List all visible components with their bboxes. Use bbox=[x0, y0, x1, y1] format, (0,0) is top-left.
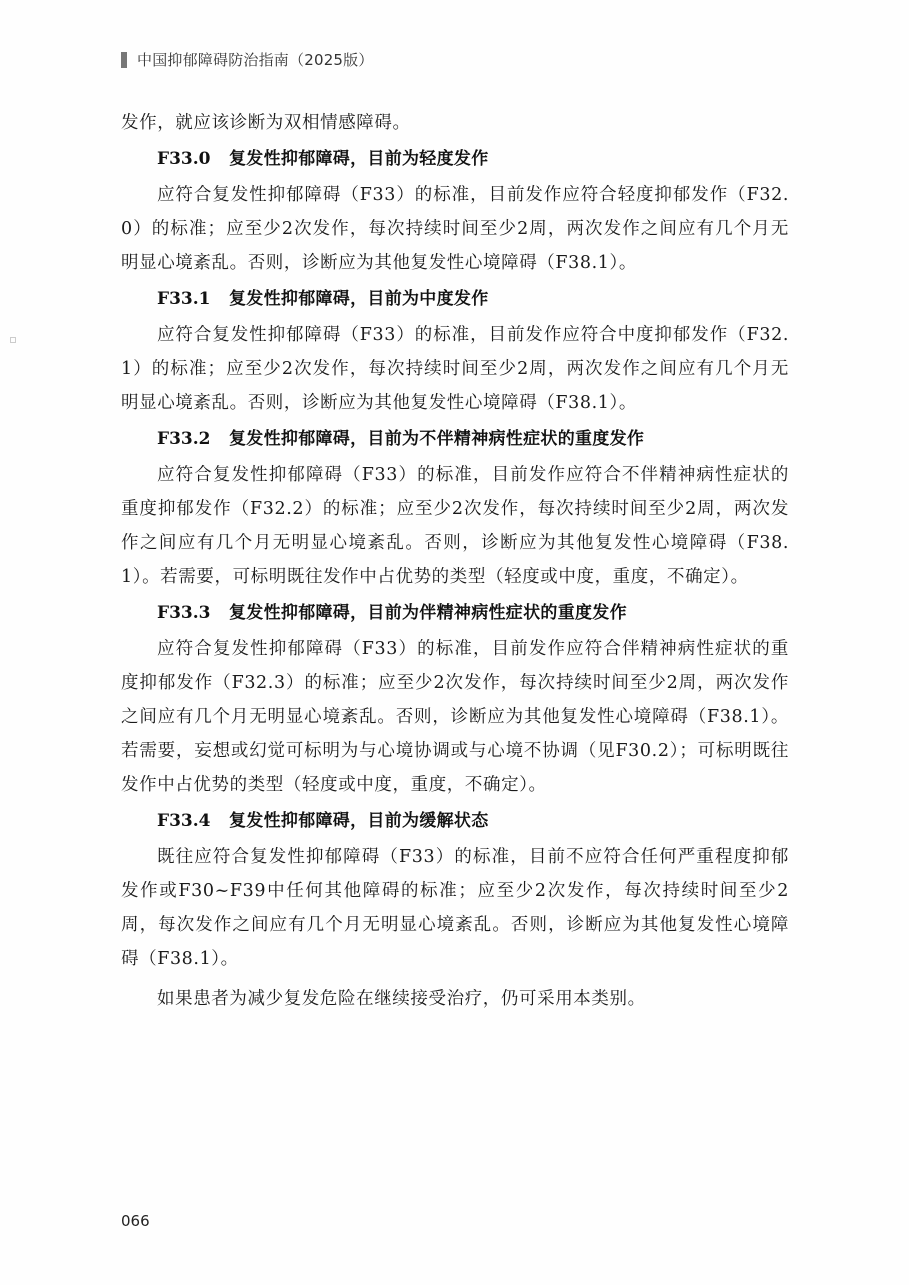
section-code: F33.0 bbox=[157, 140, 229, 178]
section-title: 复发性抑郁障碍，目前为轻度发作 bbox=[229, 140, 489, 178]
header-bar-decoration bbox=[121, 52, 127, 68]
section-paragraph: 应符合复发性抑郁障碍（F33）的标准，目前发作应符合伴精神病性症状的重度抑郁发作… bbox=[121, 632, 789, 802]
section-f33-4: F33.4 复发性抑郁障碍，目前为缓解状态 既往应符合复发性抑郁障碍（F33）的… bbox=[121, 802, 789, 1016]
section-f33-0: F33.0 复发性抑郁障碍，目前为轻度发作 应符合复发性抑郁障碍（F33）的标准… bbox=[121, 140, 789, 280]
section-note-paragraph: 如果患者为减少复发危险在继续接受治疗，仍可采用本类别。 bbox=[121, 982, 789, 1016]
intro-paragraph: 发作，就应该诊断为双相情感障碍。 bbox=[121, 106, 789, 140]
section-code: F33.4 bbox=[157, 802, 229, 840]
section-title: 复发性抑郁障碍，目前为不伴精神病性症状的重度发作 bbox=[229, 420, 644, 458]
section-title: 复发性抑郁障碍，目前为中度发作 bbox=[229, 280, 489, 318]
section-heading: F33.0 复发性抑郁障碍，目前为轻度发作 bbox=[121, 140, 789, 178]
section-paragraph: 既往应符合复发性抑郁障碍（F33）的标准，目前不应符合任何严重程度抑郁发作或F3… bbox=[121, 840, 789, 976]
section-code: F33.1 bbox=[157, 280, 229, 318]
page-content: 发作，就应该诊断为双相情感障碍。 F33.0 复发性抑郁障碍，目前为轻度发作 应… bbox=[121, 106, 789, 1016]
section-f33-1: F33.1 复发性抑郁障碍，目前为中度发作 应符合复发性抑郁障碍（F33）的标准… bbox=[121, 280, 789, 420]
running-title: 中国抑郁障碍防治指南（2025版） bbox=[137, 49, 374, 70]
section-heading: F33.1 复发性抑郁障碍，目前为中度发作 bbox=[121, 280, 789, 318]
section-heading: F33.2 复发性抑郁障碍，目前为不伴精神病性症状的重度发作 bbox=[121, 420, 789, 458]
section-title: 复发性抑郁障碍，目前为伴精神病性症状的重度发作 bbox=[229, 594, 627, 632]
section-f33-2: F33.2 复发性抑郁障碍，目前为不伴精神病性症状的重度发作 应符合复发性抑郁障… bbox=[121, 420, 789, 594]
section-paragraph: 应符合复发性抑郁障碍（F33）的标准，目前发作应符合轻度抑郁发作（F32.0）的… bbox=[121, 178, 789, 280]
section-paragraph: 应符合复发性抑郁障碍（F33）的标准，目前发作应符合不伴精神病性症状的重度抑郁发… bbox=[121, 458, 789, 594]
section-title: 复发性抑郁障碍，目前为缓解状态 bbox=[229, 802, 489, 840]
running-header: 中国抑郁障碍防治指南（2025版） bbox=[121, 49, 374, 70]
section-heading: F33.3 复发性抑郁障碍，目前为伴精神病性症状的重度发作 bbox=[121, 594, 789, 632]
section-f33-3: F33.3 复发性抑郁障碍，目前为伴精神病性症状的重度发作 应符合复发性抑郁障碍… bbox=[121, 594, 789, 802]
section-heading: F33.4 复发性抑郁障碍，目前为缓解状态 bbox=[121, 802, 789, 840]
margin-mark bbox=[10, 337, 16, 343]
section-paragraph: 应符合复发性抑郁障碍（F33）的标准，目前发作应符合中度抑郁发作（F32.1）的… bbox=[121, 318, 789, 420]
page-number: 066 bbox=[121, 1212, 150, 1230]
section-code: F33.3 bbox=[157, 594, 229, 632]
section-code: F33.2 bbox=[157, 420, 229, 458]
